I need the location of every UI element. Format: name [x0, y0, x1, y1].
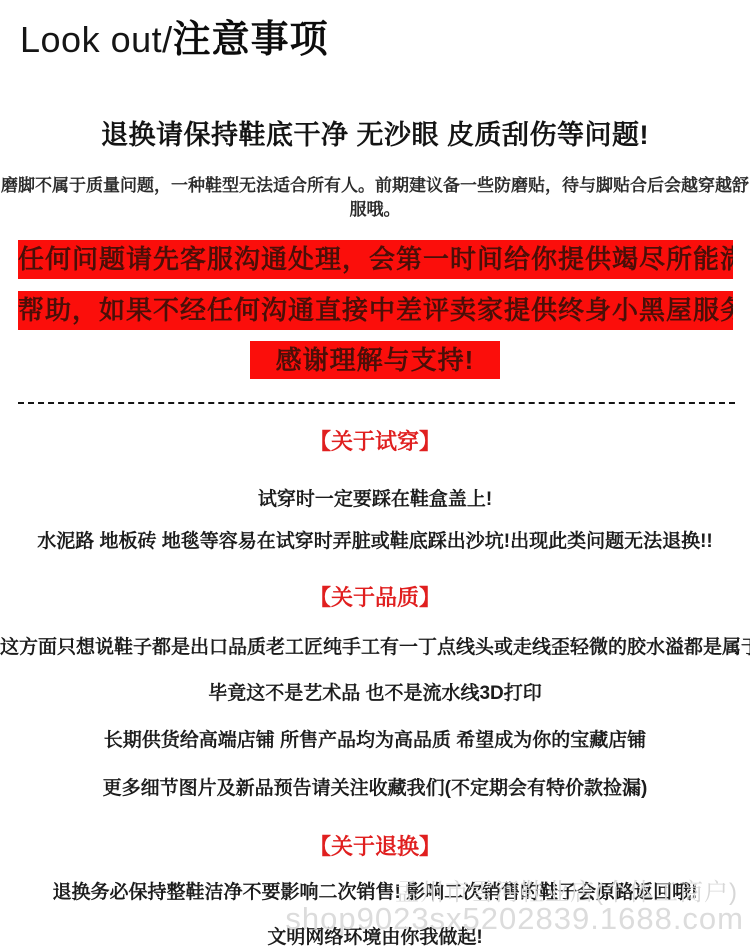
- page-title: Look out/注意事项: [0, 0, 750, 72]
- dashed-divider: [18, 402, 735, 404]
- quality-note-4: 更多细节图片及新品预告请关注收藏我们(不定期会有特价款捡漏): [0, 776, 750, 801]
- section-title-returns: 【关于退换】: [0, 835, 750, 859]
- try-on-rule-2: 水泥路 地板砖 地毯等容易在试穿时弄脏或鞋底踩出沙坑!出现此类问题无法退换!!: [0, 529, 750, 554]
- page-title-english: Look out/: [20, 19, 173, 60]
- quality-note-1: 这方面只想说鞋子都是出口品质老工匠纯手工有一丁点线头或走线歪轻微的胶水溢都是属于…: [0, 635, 750, 660]
- thanks-banner: 感谢理解与支持!: [250, 341, 501, 379]
- page-title-chinese: 注意事项: [173, 19, 329, 61]
- notice-page: Look out/注意事项 退换请保持鞋底干净 无沙眼 皮质刮伤等问题! 磨脚不…: [0, 0, 750, 947]
- warning-banner-line1: 任何问题请先客服沟通处理，会第一时间给你提供竭尽所能满足的: [18, 240, 733, 279]
- return-note-1: 退换务必保持整鞋洁净不要影响二次销售! 影响二次销售的鞋子会原路返回哦!: [0, 880, 750, 905]
- section-title-try-on: 【关于试穿】: [0, 430, 750, 454]
- try-on-rule-1: 试穿时一定要踩在鞋盒盖上!: [0, 487, 750, 512]
- return-condition-heading: 退换请保持鞋底干净 无沙眼 皮质刮伤等问题!: [0, 118, 750, 152]
- section-title-quality: 【关于品质】: [0, 586, 750, 610]
- fit-advice-note: 磨脚不属于质量问题，一种鞋型无法适合所有人。前期建议备一些防磨贴，待与脚贴合后会…: [0, 174, 750, 222]
- warning-banner-line2: 帮助，如果不经任何沟通直接中差评卖家提供终身小黑屋服务!: [18, 291, 733, 330]
- quality-note-2: 毕竟这不是艺术品 也不是流水线3D打印: [0, 681, 750, 706]
- quality-note-3: 长期供货给高端店铺 所售产品均为高品质 希望成为你的宝藏店铺: [0, 728, 750, 753]
- thanks-banner-wrap: 感谢理解与支持!: [0, 341, 750, 379]
- return-note-2: 文明网络环境由你我做起!: [0, 925, 750, 947]
